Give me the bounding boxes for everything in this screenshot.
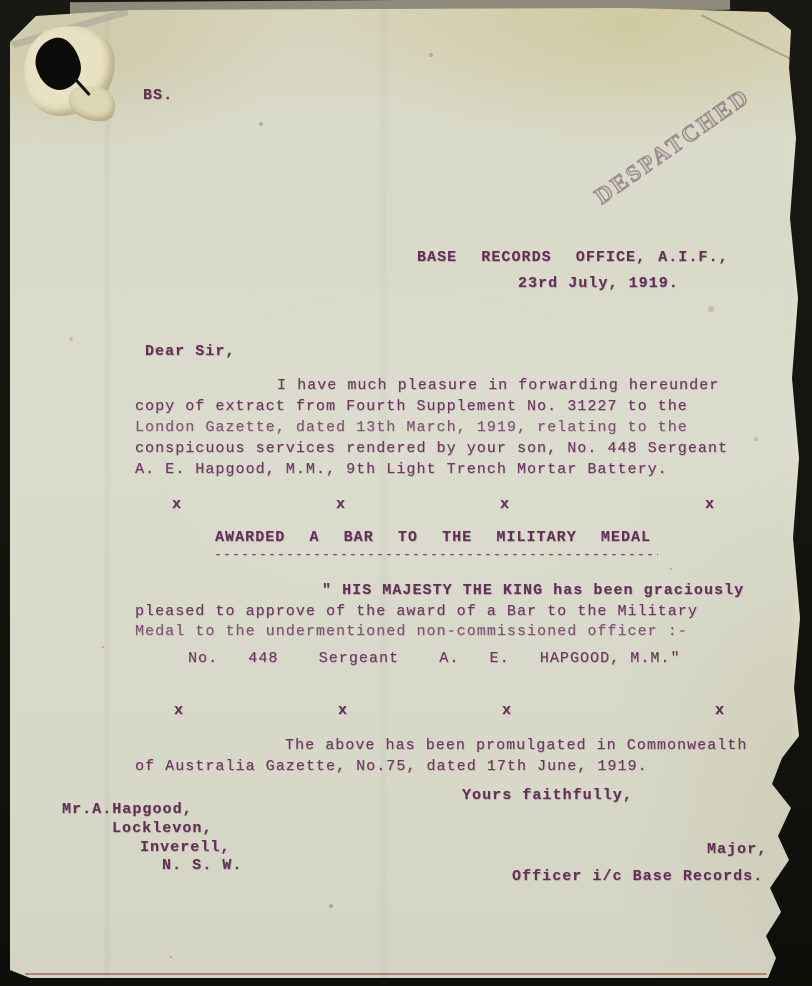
separator-x: x xyxy=(502,701,512,721)
award-heading-underline: ----------------------------------------… xyxy=(214,545,658,565)
citation-line: Medal to the undermentioned non-commissi… xyxy=(135,622,688,642)
separator-x: x xyxy=(705,495,715,515)
addressee-line: Locklevon, xyxy=(112,819,213,839)
signature-rank: Major, xyxy=(707,840,767,860)
paragraph-line: A. E. Hapgood, M.M., 9th Light Trench Mo… xyxy=(135,460,668,480)
addressee-line: Mr.A.Hapgood, xyxy=(62,800,193,820)
letter-paper: DESPATCHED BS. BASE RECORDS OFFICE, A.I.… xyxy=(10,8,804,978)
closing: Yours faithfully, xyxy=(462,786,633,806)
reference-code: BS. xyxy=(143,86,173,106)
office-name: BASE RECORDS OFFICE, A.I.F., xyxy=(417,248,729,268)
paragraph-line: The above has been promulgated in Common… xyxy=(285,736,747,756)
foxing-specks xyxy=(10,8,12,10)
citation-line: " HIS MAJESTY THE KING has been gracious… xyxy=(322,581,744,601)
letter-date: 23rd July, 1919. xyxy=(518,274,679,294)
salutation: Dear Sir, xyxy=(145,342,235,362)
separator-x: x xyxy=(336,495,346,515)
separator-x: x xyxy=(174,701,184,721)
separator-x: x xyxy=(500,495,510,515)
paragraph-line: London Gazette, dated 13th March, 1919, … xyxy=(135,418,688,438)
paragraph-line: conspicuous services rendered by your so… xyxy=(135,439,728,459)
citation-line: pleased to approve of the award of a Bar… xyxy=(135,602,698,622)
addressee-line: N. S. W. xyxy=(162,856,242,876)
paragraph-line: I have much pleasure in forwarding hereu… xyxy=(277,376,719,396)
recipient-line: No. 448 Sergeant A. E. HAPGOOD, M.M." xyxy=(188,649,681,669)
separator-x: x xyxy=(172,495,182,515)
signature-title: Officer i/c Base Records. xyxy=(512,867,763,887)
letter-text-layer: BS. BASE RECORDS OFFICE, A.I.F., 23rd Ju… xyxy=(0,0,812,986)
scanned-letter: DESPATCHED BS. BASE RECORDS OFFICE, A.I.… xyxy=(0,0,812,986)
separator-x: x xyxy=(715,701,725,721)
addressee-line: Inverell, xyxy=(140,838,230,858)
paragraph-line: copy of extract from Fourth Supplement N… xyxy=(135,397,688,417)
separator-x: x xyxy=(338,701,348,721)
paragraph-line: of Australia Gazette, No.75, dated 17th … xyxy=(135,757,648,777)
